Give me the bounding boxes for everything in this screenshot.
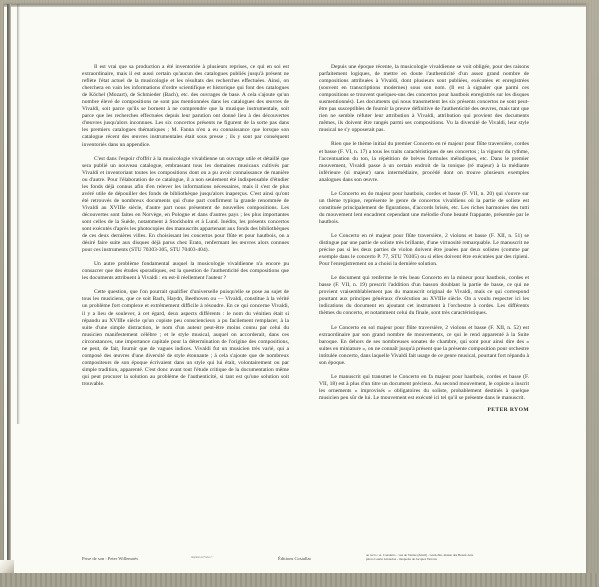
paragraph: Depuis une époque récente, la musicologi… bbox=[319, 64, 529, 134]
author-signature: PETER RYOM bbox=[319, 407, 529, 414]
paragraph: Le Concerto en do majeur pour hautbois, … bbox=[319, 191, 529, 226]
publisher-credit: Éditions Costallat bbox=[278, 556, 311, 561]
liner-notes-page: Il est vrai que sa production a été inve… bbox=[4, 4, 586, 573]
paragraph: C'est dans l'espoir d'offrir à la musico… bbox=[82, 156, 289, 255]
page-top-edge bbox=[4, 4, 586, 7]
paragraph: Il est vrai que sa production a été inve… bbox=[82, 64, 289, 149]
left-text-column: Il est vrai que sa production a été inve… bbox=[82, 64, 289, 395]
paragraph: Le document qui renferme le très beau Co… bbox=[319, 275, 529, 317]
paragraph: Le Concerto en sol majeur pour flûte tra… bbox=[319, 325, 529, 367]
spine-shadow bbox=[17, 4, 20, 424]
paragraph: Le Concerto en ré majeur pour flûte trav… bbox=[319, 233, 529, 268]
paragraph: Le manuscrit qui transmet le Concerto en… bbox=[319, 374, 529, 402]
record-sleeve-background: Il est vrai que sa production a été inve… bbox=[0, 0, 599, 587]
printing-mark: imprimé en France © bbox=[191, 556, 213, 559]
paragraph: Rien que le thème initial du premier Con… bbox=[319, 141, 529, 183]
paragraph: Cette question, que l'on pourrait qualif… bbox=[82, 289, 289, 388]
sleeve-bottom-edge bbox=[0, 573, 599, 587]
cover-art-credit: au recto : A. Canaletto - vue de Venise … bbox=[366, 553, 473, 561]
cover-credit-line: photo Laurie Giraudon - maquette de Jacq… bbox=[366, 557, 473, 561]
right-text-column: Depuis une époque récente, la musicologi… bbox=[319, 64, 529, 414]
sleeve-spine bbox=[7, 4, 11, 564]
worn-corner bbox=[0, 560, 14, 574]
paragraph: Un autre problème fondamental auquel la … bbox=[82, 261, 289, 282]
sound-engineer-credit: Prise de son : Peter Willemoës bbox=[82, 556, 138, 561]
